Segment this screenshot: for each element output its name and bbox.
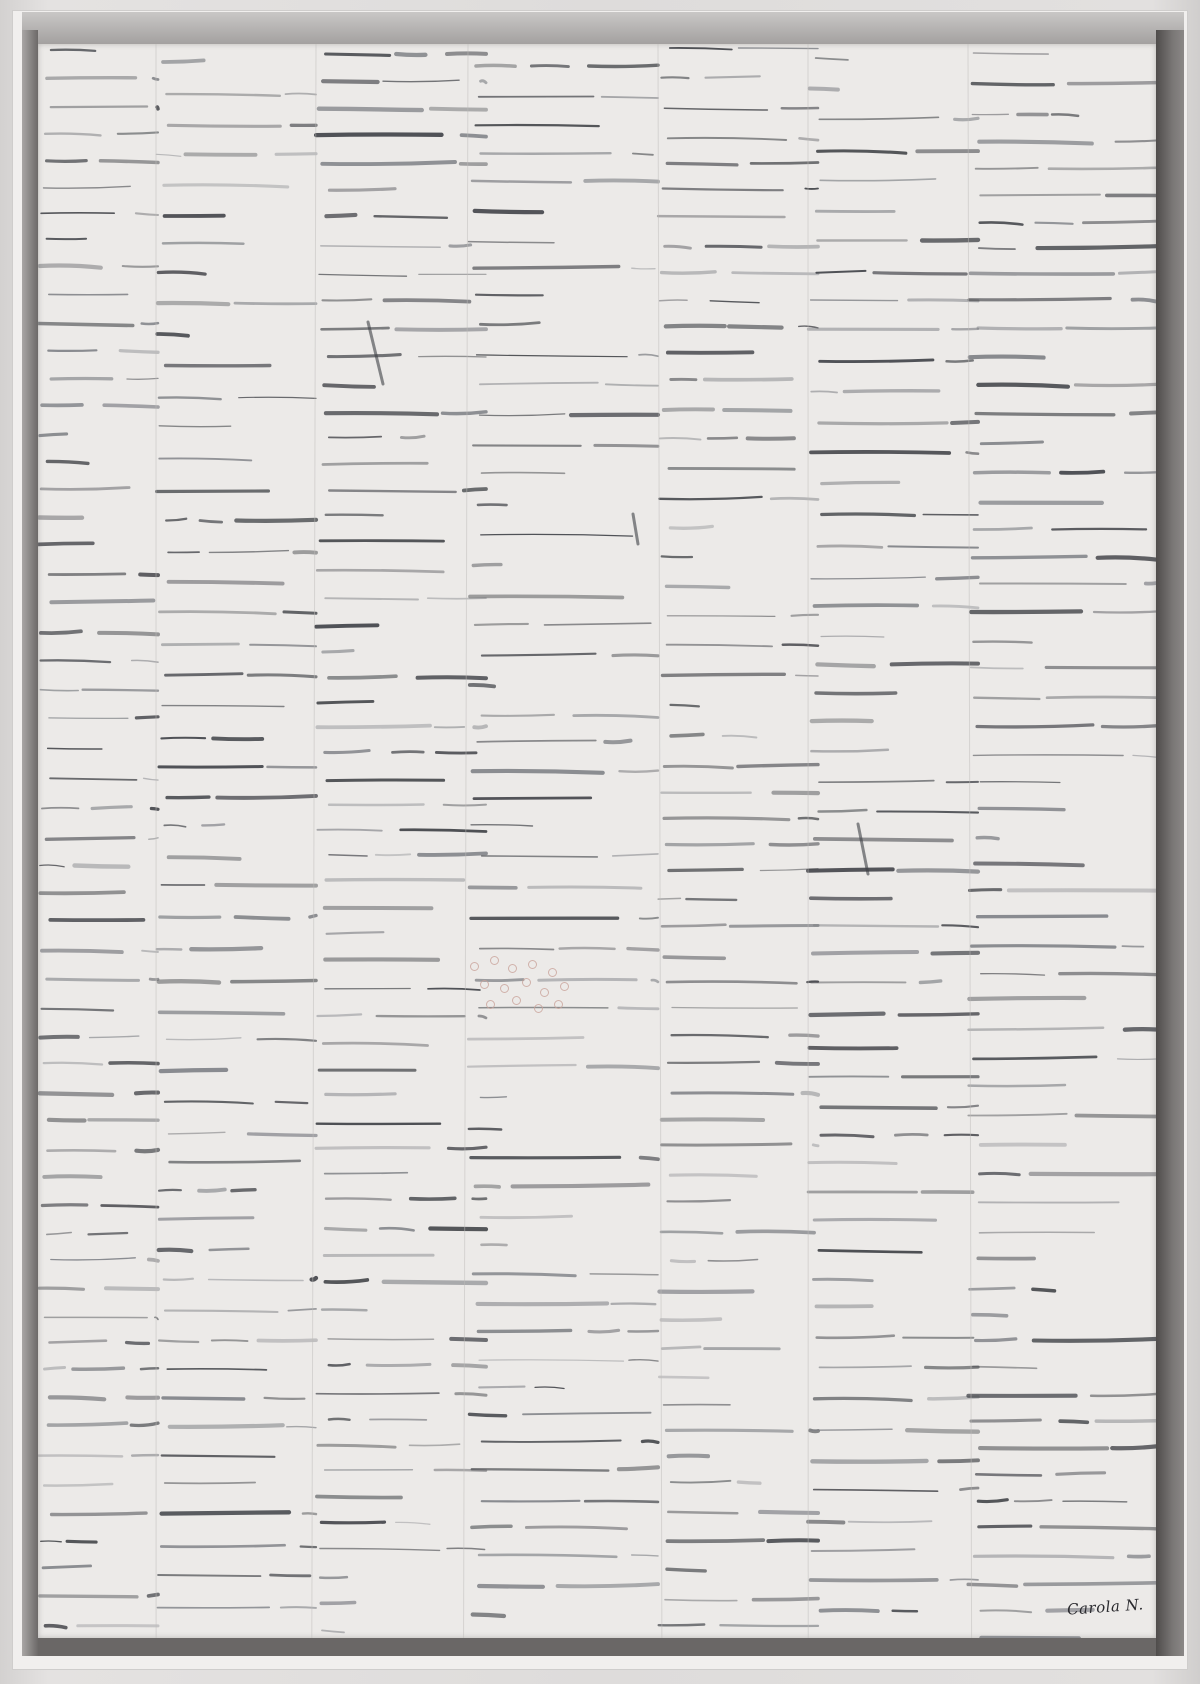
frame-inner-right	[1156, 30, 1184, 1656]
frame-inner-left	[22, 30, 38, 1656]
pink-dot	[522, 978, 531, 987]
pink-dot	[480, 980, 489, 989]
pink-dot	[508, 964, 517, 973]
pink-dot	[560, 982, 569, 991]
pink-dot	[534, 1004, 543, 1013]
pink-dot	[548, 968, 557, 977]
pink-dot	[540, 988, 549, 997]
pink-dot	[528, 960, 537, 969]
picture-frame: Carola N.	[0, 0, 1200, 1684]
pink-dot	[490, 956, 499, 965]
pink-dot	[554, 1000, 563, 1009]
painting-canvas: Carola N.	[38, 44, 1156, 1638]
pink-dot	[486, 1000, 495, 1009]
pink-dot	[512, 996, 521, 1005]
pink-dot	[500, 984, 509, 993]
brush-marks	[38, 44, 1156, 1638]
pink-dot	[470, 962, 479, 971]
